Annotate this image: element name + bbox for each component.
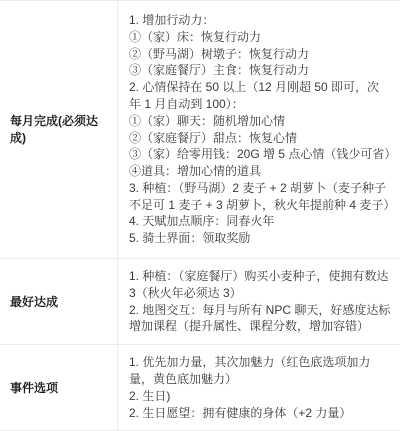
content-line: 1. 优先加力量，其次加魅力（红色底选项加力量，黄色底加魅力） [129, 354, 391, 388]
row-header-event-options: 事件选项 [0, 345, 118, 430]
row-content-event-options: 1. 优先加力量，其次加魅力（红色底选项加力量，黄色底加魅力） 2. 生日) 2… [118, 345, 400, 430]
content-line: 3. 种植：（野马湖）2 麦子 + 2 胡萝卜（麦子种子不足可 1 麦子 + 3… [129, 180, 391, 214]
table-row-monthly-tasks: 每月完成(必须达成) 1. 增加行动力： ①（家）床：恢复行动力 ②（野马湖）树… [0, 1, 400, 259]
row-header-monthly-tasks: 每月完成(必须达成) [0, 1, 118, 258]
table-row-event-options: 事件选项 1. 优先加力量，其次加魅力（红色底选项加力量，黄色底加魅力） 2. … [0, 345, 400, 431]
row-content-best-to-achieve: 1. 种植：（家庭餐厅）购买小麦种子，使拥有数达 3（秋火年必须达 3） 2. … [118, 259, 400, 344]
content-line: ④道具：增加心情的道具 [129, 163, 391, 180]
content-line: 2. 生日愿望：拥有健康的身体（+2 力量） [129, 405, 391, 422]
content-line: ①（家）聊天：随机增加心情 [129, 113, 391, 130]
row-content-monthly-tasks: 1. 增加行动力： ①（家）床：恢复行动力 ②（野马湖）树墩子：恢复行动力 ③（… [118, 1, 400, 258]
content-line: ②（家庭餐厅）甜点：恢复心情 [129, 130, 391, 147]
content-line: 1. 种植：（家庭餐厅）购买小麦种子，使拥有数达 3（秋火年必须达 3） [129, 268, 391, 302]
content-line: 2. 生日) [129, 388, 391, 405]
content-line: ③（家庭餐厅）主食：恢复行动力 [129, 62, 391, 79]
guide-table: 每月完成(必须达成) 1. 增加行动力： ①（家）床：恢复行动力 ②（野马湖）树… [0, 0, 400, 428]
content-line: 1. 增加行动力： [129, 12, 391, 29]
content-line: ③（家）给零用钱：20G 增 5 点心情（钱少可省） [129, 146, 391, 163]
row-header-best-to-achieve: 最好达成 [0, 259, 118, 344]
content-line: ①（家）床：恢复行动力 [129, 29, 391, 46]
content-line: 2. 心情保持在 50 以上（12 月刚超 50 即可，次年 1 月自动到 10… [129, 79, 391, 113]
table-row-best-to-achieve: 最好达成 1. 种植：（家庭餐厅）购买小麦种子，使拥有数达 3（秋火年必须达 3… [0, 259, 400, 345]
content-line: ②（野马湖）树墩子：恢复行动力 [129, 46, 391, 63]
content-line: 2. 地图交互：每月与所有 NPC 聊天，好感度达标增加课程（提升属性、课程分数… [129, 302, 391, 336]
content-line: 4. 天赋加点顺序：同春火年 [129, 213, 391, 230]
content-line: 5. 骑士界面：领取奖励 [129, 230, 391, 247]
